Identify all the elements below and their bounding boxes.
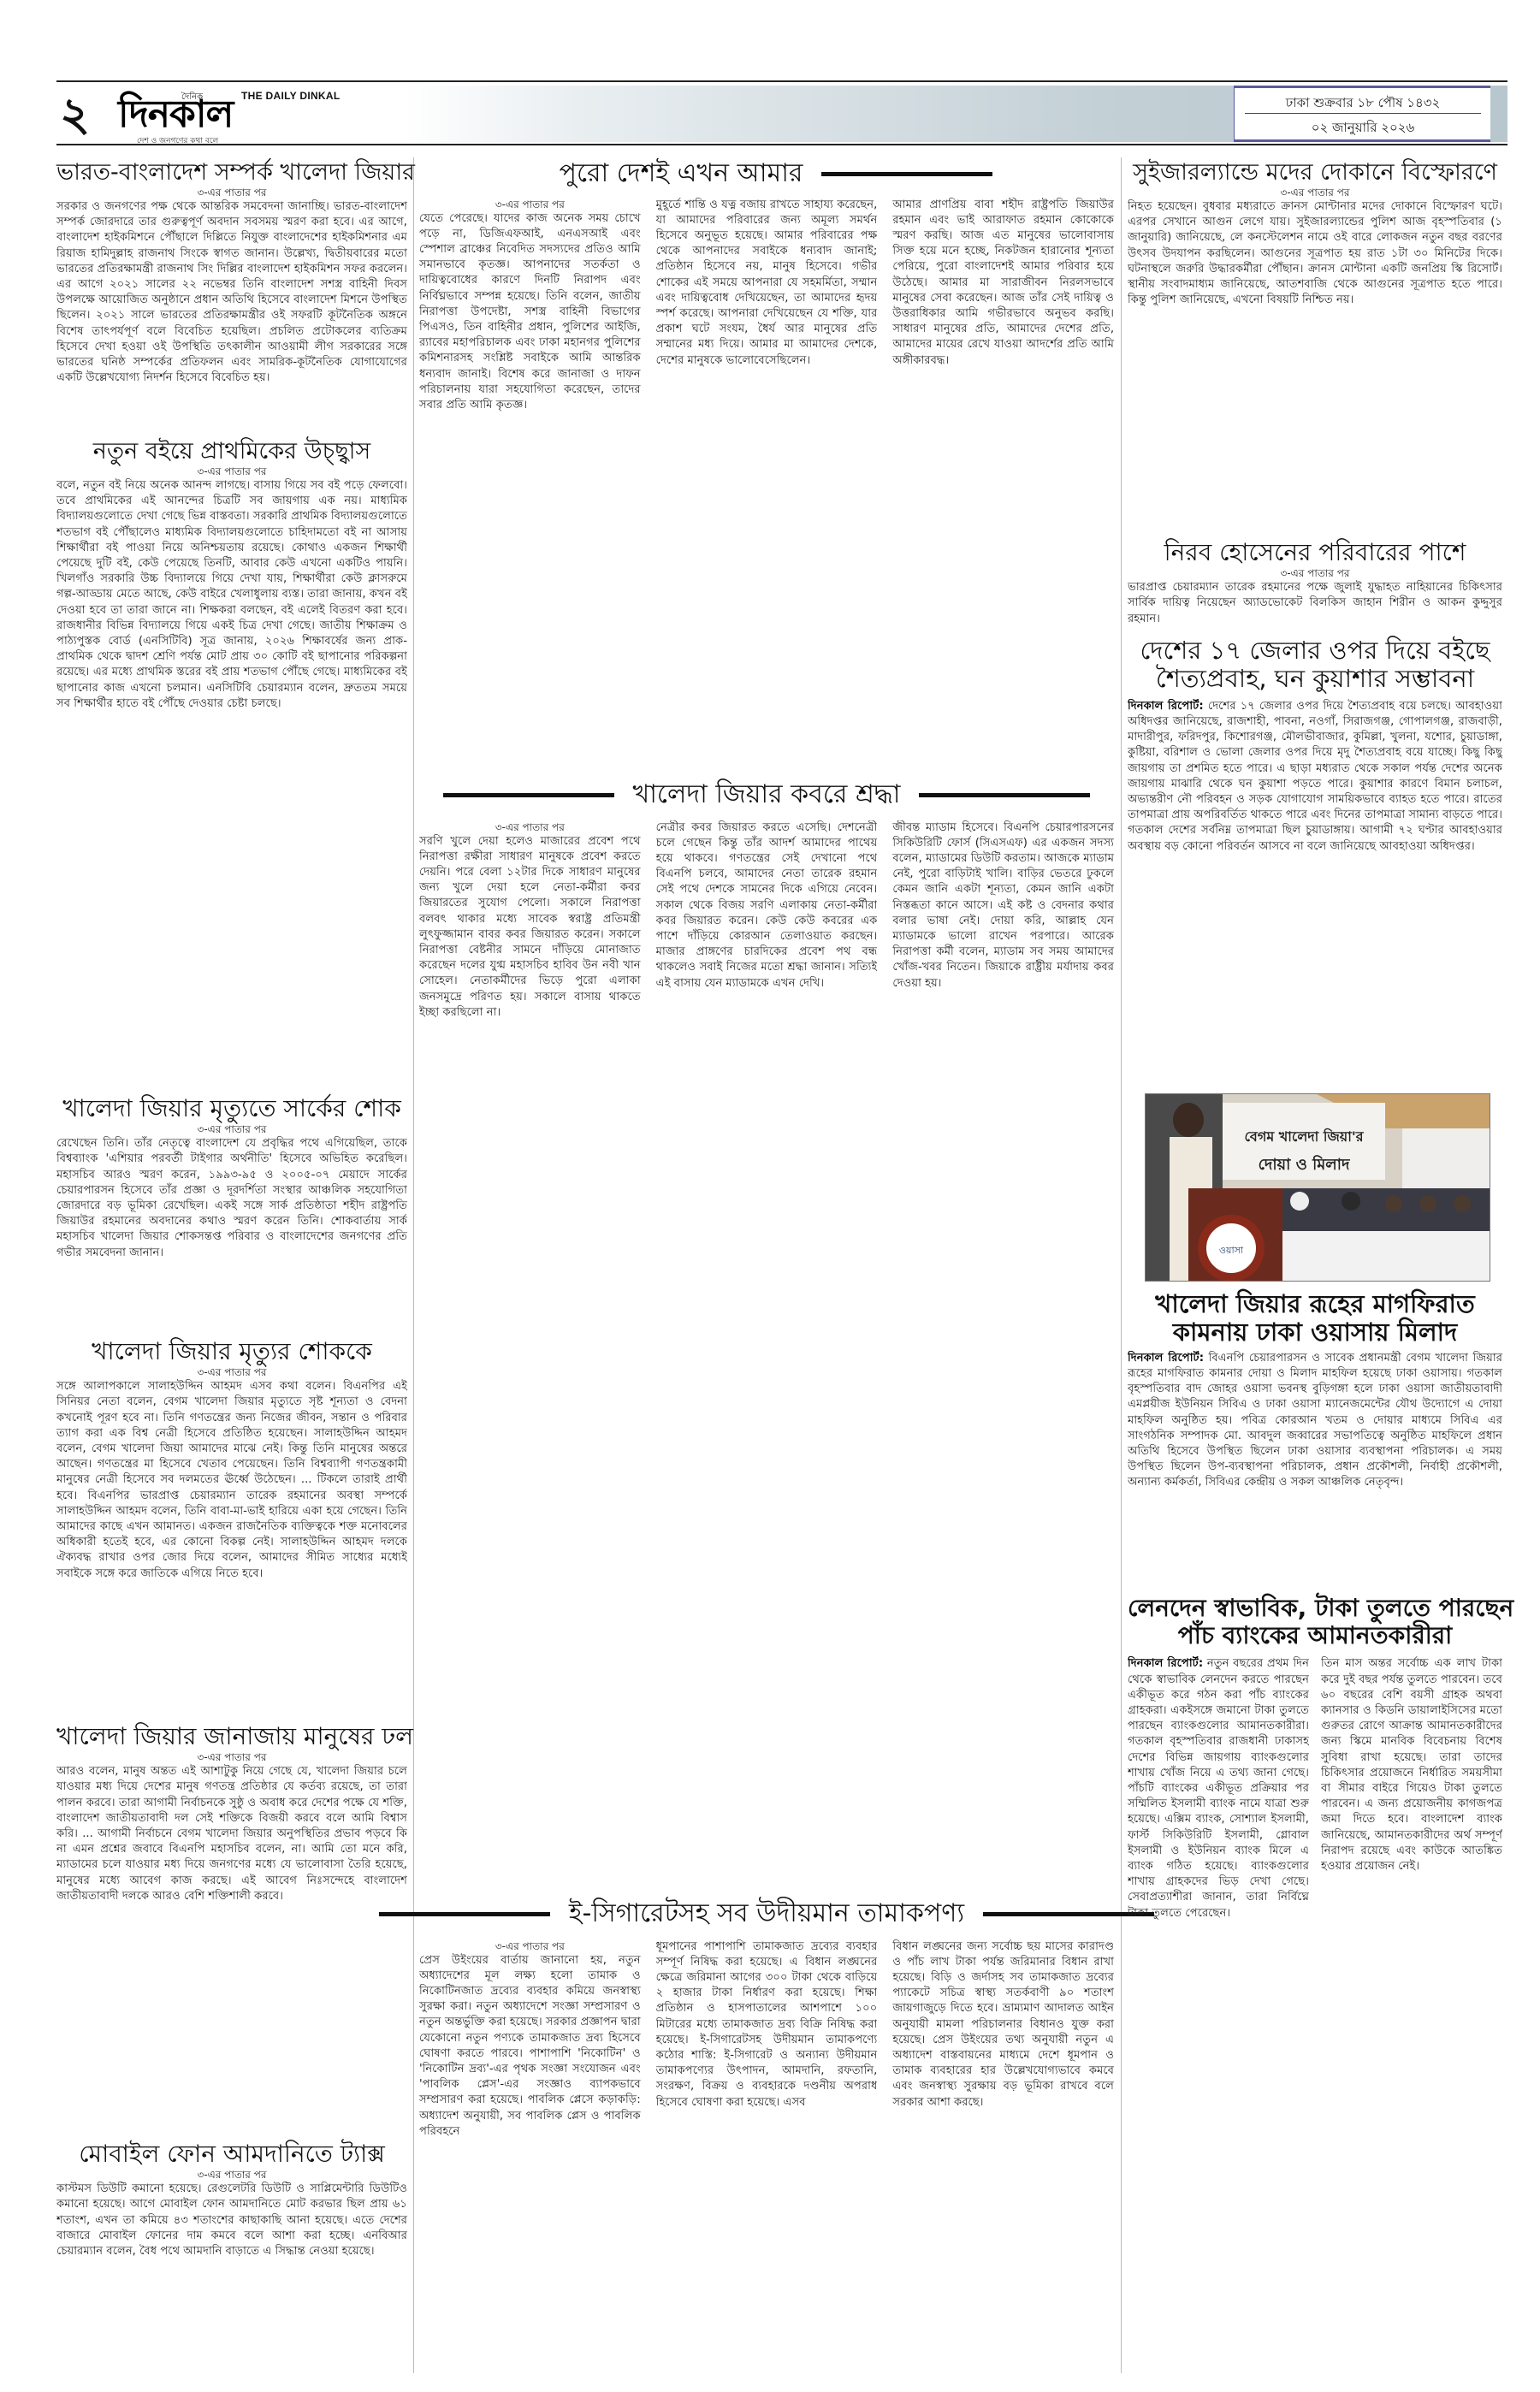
article-five-banks: লেনদেন স্বাভাবিক, টাকা তুলতে পারছেন পাঁচ… [1128,1595,1502,2341]
rule [379,1912,550,1916]
article-body: প্রেস উইংয়ের বার্তায় জানানো হয়, নতুন … [419,1953,641,2364]
article-body: দিনকাল রিপোর্ট: বিএনপি চেয়ারপারসন ও সাব… [1128,1351,1502,1607]
page-number: ২ [60,87,90,140]
svg-text:দোয়া ও মিলাদ: দোয়া ও মিলাদ [1259,1155,1351,1174]
milad-photo: বেগম খালেদা জিয়া'র দোয়া ও মিলাদ ওয়াসা [1145,1093,1490,1282]
masthead-band: ২ দৈনিক THE DAILY DINKAL দিনকাল দেশ ও জন… [56,86,1507,142]
headline-line-1: লেনদেন স্বাভাবিক, টাকা তুলতে পারছেন [1128,1595,1502,1622]
article-columns: ৩-এর পাতার পর সরণি খুলে দেয়া হলেও মাজার… [419,820,1114,1861]
masthead: ২ দৈনিক THE DAILY DINKAL দিনকাল দেশ ও জন… [56,80,1507,145]
article-body: বিধান লঙ্ঘনের জন্য সর্বোচ্চ ছয় মাসের কা… [892,1939,1114,2364]
logo-tagline: দেশ ও জনগণের কথা বলে [137,134,218,147]
article-text: নতুন বছরের প্রথম দিন থেকে স্বাভাবিক লেনদ… [1128,1657,1309,1919]
newspaper-page: ২ দৈনিক THE DAILY DINKAL দিনকাল দেশ ও জন… [56,80,1507,2382]
continued-label: ৩-এর পাতার পর [1128,186,1502,199]
column: ৩-এর পাতার পর প্রেস উইংয়ের বার্তায় জান… [419,1939,641,2364]
continued-label: ৩-এর পাতার পর [1128,566,1502,580]
headline-line-1: খালেদা জিয়ার রূহের মাগফিরাত [1128,1290,1502,1318]
article-death-grief: খালেদা জিয়ার মৃত্যুর শোককে ৩-এর পাতার প… [56,1338,407,1756]
article-grave-tribute: খালেদা জিয়ার কবরে শ্রদ্ধা ৩-এর পাতার পর… [419,780,1114,1861]
column-divider [1121,157,1122,2373]
continued-label: ৩-এর পাতার পর [56,186,407,199]
column: নেত্রীর কবর জিয়ারত করতে এসেছি। দেশনেত্র… [656,820,878,1861]
headline-line-2: পাঁচ ব্যাংকের আমানতকারীরা [1128,1622,1502,1649]
column: জীবন্ত ম্যাডাম হিসেবে। বিএনপি চেয়ারপারস… [892,820,1114,1861]
column: বিধান লঙ্ঘনের জন্য সর্বোচ্চ ছয় মাসের কা… [892,1939,1114,2364]
photo-illustration: বেগম খালেদা জিয়া'র দোয়া ও মিলাদ ওয়াসা [1146,1094,1490,1282]
article-body: নিহত হয়েছেন। বুধবার মধ্যরাতে ক্রানস মোন… [1128,199,1502,537]
column: ৩-এর পাতার পর যেতে পেরেছে। যাদের কাজ অনে… [419,198,641,759]
continued-label: ৩-এর পাতার পর [56,2168,407,2182]
svg-text:বেগম খালেদা জিয়া'র: বেগম খালেদা জিয়া'র [1244,1128,1364,1145]
article-funeral-crowd: খালেদা জিয়ার জানাজায় মানুষের ঢল ৩-এর প… [56,1723,407,2123]
article-body: যেতে পেরেছে। যাদের কাজ অনেক সময় চোখে পড… [419,211,641,759]
svg-text:ওয়াসা: ওয়াসা [1219,1245,1244,1256]
article-body: দিনকাল রিপোর্ট: নতুন বছরের প্রথম দিন থেক… [1128,1656,1309,2341]
article-body: জীবন্ত ম্যাডাম হিসেবে। বিএনপি চেয়ারপারস… [892,820,1114,1861]
article-text: বিএনপি চেয়ারপারসন ও সাবেক প্রধানমন্ত্রী… [1128,1352,1502,1489]
article-body: আমার প্রাণপ্রিয় বাবা শহীদ রাষ্ট্রপতি জি… [892,198,1114,759]
column: আমার প্রাণপ্রিয় বাবা শহীদ রাষ্ট্রপতি জি… [892,198,1114,759]
article-switzerland: সুইজারল্যান্ডে মদের দোকানে বিস্ফোরণে ৩-এ… [1128,159,1502,537]
article-body: ভারপ্রাপ্ত চেয়ারম্যান তারেক রহমানের পক্… [1128,580,1502,628]
column: ধূমপানের পাশাপাশি তামাকজাত দ্রব্যের ব্যব… [656,1939,878,2364]
article-body: মুহূর্তে শান্তি ও যত্ন বজায় রাখতে সাহায… [656,198,878,759]
date-bangla: ঢাকা শুক্রবার ১৮ পৌষ ১৪৩২ [1235,93,1491,115]
date-divider [1245,113,1481,114]
logo-english: THE DAILY DINKAL [241,90,340,102]
continued-label: ৩-এর পাতার পর [56,1750,407,1764]
headline-row: ই-সিগারেটসহ সব উদীয়মান তামাকপণ্য [419,1899,1114,1929]
article-saarc: খালেদা জিয়ার মৃত্যুতে সার্কের শোক ৩-এর … [56,1095,407,1326]
article-new-books: নতুন বইয়ে প্রাথমিকের উচ্ছ্বাস ৩-এর পাতা… [56,438,407,1086]
continued-label: ৩-এর পাতার পর [419,198,641,211]
logo-main: দিনকাল [118,96,233,133]
continued-label: ৩-এর পাতার পর [56,1365,407,1379]
headline: খালেদা জিয়ার জানাজায় মানুষের ঢল [56,1723,407,1750]
article-cold-wave: দেশের ১৭ জেলার ওপর দিয়ে বইছে শৈত্যপ্রবা… [1128,636,1502,1054]
headline: মোবাইল ফোন আমদানিতে ট্যাক্স [56,2140,407,2168]
date-english: ০২ জানুয়ারি ২০২৬ [1235,118,1491,139]
article-body: বলে, নতুন বই নিয়ে অনেক আনন্দ লাগছে। বাস… [56,478,407,1086]
article-india-relations: ভারত-বাংলাদেশ সম্পর্ক খালেদা জিয়ার ৩-এর… [56,159,407,417]
headline: খালেদা জিয়ার মৃত্যুর শোককে [56,1338,407,1365]
column: ৩-এর পাতার পর সরণি খুলে দেয়া হলেও মাজার… [419,820,641,1861]
article-columns: ৩-এর পাতার পর প্রেস উইংয়ের বার্তায় জান… [419,1939,1114,2364]
article-body: আরও বলেন, মানুষ অন্তত এই আশাটুকু নিয়ে গ… [56,1764,407,2123]
article-whole-country: পুরো দেশই এখন আমার ৩-এর পাতার পর যেতে পে… [419,159,1114,759]
article-body: সরণি খুলে দেয়া হলেও মাজারের প্রবেশ পথে … [419,834,641,1861]
headline-row: খালেদা জিয়ার কবরে শ্রদ্ধা [419,780,1114,810]
headline-line-1: দেশের ১৭ জেলার ওপর দিয়ে বইছে [1128,636,1502,665]
headline: খালেদা জিয়ার মৃত্যুতে সার্কের শোক [56,1095,407,1122]
rule [919,793,1090,797]
article-wasa-milad: খালেদা জিয়ার রূহের মাগফিরাত কামনায় ঢাক… [1128,1290,1502,1607]
headline: নিরব হোসেনের পরিবারের পাশে [1128,539,1502,566]
continued-label: ৩-এর পাতার পর [419,820,641,834]
article-body: সঙ্গে আলাপকালে সালাহউদ্দিন আহমদ এসব কথা … [56,1379,407,1756]
headline-row: পুরো দেশই এখন আমার [419,159,1114,189]
article-body: সরকার ও জনগণের পক্ষ থেকে আন্তরিক সমবেদনা… [56,199,407,417]
column: মুহূর্তে শান্তি ও যত্ন বজায় রাখতে সাহায… [656,198,878,759]
byline: দিনকাল রিপোর্ট: [1128,700,1204,713]
article-columns: ৩-এর পাতার পর যেতে পেরেছে। যাদের কাজ অনে… [419,198,1114,759]
byline: দিনকাল রিপোর্ট: [1128,1352,1204,1365]
rule [821,172,992,176]
headline: খালেদা জিয়ার কবরে শ্রদ্ধা [633,780,901,810]
headline: ভারত-বাংলাদেশ সম্পর্ক খালেদা জিয়ার [56,159,407,186]
article-body: নেত্রীর কবর জিয়ারত করতে এসেছি। দেশনেত্র… [656,820,878,1861]
article-body: কাস্টমস ডিউটি কমানো হয়েছে। রেগুলেটরি ডি… [56,2182,407,2368]
article-body: ধূমপানের পাশাপাশি তামাকজাত দ্রব্যের ব্যব… [656,1939,878,2364]
article-mobile-tax: মোবাইল ফোন আমদানিতে ট্যাক্স ৩-এর পাতার প… [56,2140,407,2368]
article-body: দিনকাল রিপোর্ট: দেশের ১৭ জেলার ওপর দিয়ে… [1128,699,1502,1054]
rule [443,793,614,797]
continued-label: ৩-এর পাতার পর [419,1939,641,1953]
headline: পুরো দেশই এখন আমার [560,159,803,189]
article-text: দেশের ১৭ জেলার ওপর দিয়ে শৈত্যপ্রবাহ বয়… [1128,700,1502,853]
article-e-cigarette: ই-সিগারেটসহ সব উদীয়মান তামাকপণ্য ৩-এর প… [419,1899,1114,2364]
byline: দিনকাল রিপোর্ট: [1128,1657,1203,1670]
headline-line-2: কামনায় ঢাকা ওয়াসায় মিলাদ [1128,1318,1502,1347]
continued-label: ৩-এর পাতার পর [56,1122,407,1136]
article-body: রেখেছেন তিনি। তাঁর নেতৃত্বে বাংলাদেশ যে … [56,1136,407,1326]
article-columns: দিনকাল রিপোর্ট: নতুন বছরের প্রথম দিন থেক… [1128,1656,1502,2341]
headline: সুইজারল্যান্ডে মদের দোকানে বিস্ফোরণে [1128,159,1502,186]
column-divider [413,157,414,2373]
continued-label: ৩-এর পাতার পর [56,465,407,478]
date-box: ঢাকা শুক্রবার ১৮ পৌষ ১৪৩২ ০২ জানুয়ারি ২… [1234,86,1490,142]
headline-line-2: শৈত্যপ্রবাহ, ঘন কুয়াশার সম্ভাবনা [1128,665,1502,693]
headline: নতুন বইয়ে প্রাথমিকের উচ্ছ্বাস [56,438,407,465]
headline: ই-সিগারেটসহ সব উদীয়মান তামাকপণ্য [569,1899,964,1929]
article-body: তিন মাস অন্তর সর্বোচ্চ এক লাখ টাকা করে দ… [1321,1656,1502,2341]
article-nirob: নিরব হোসেনের পরিবারের পাশে ৩-এর পাতার পর… [1128,539,1502,628]
